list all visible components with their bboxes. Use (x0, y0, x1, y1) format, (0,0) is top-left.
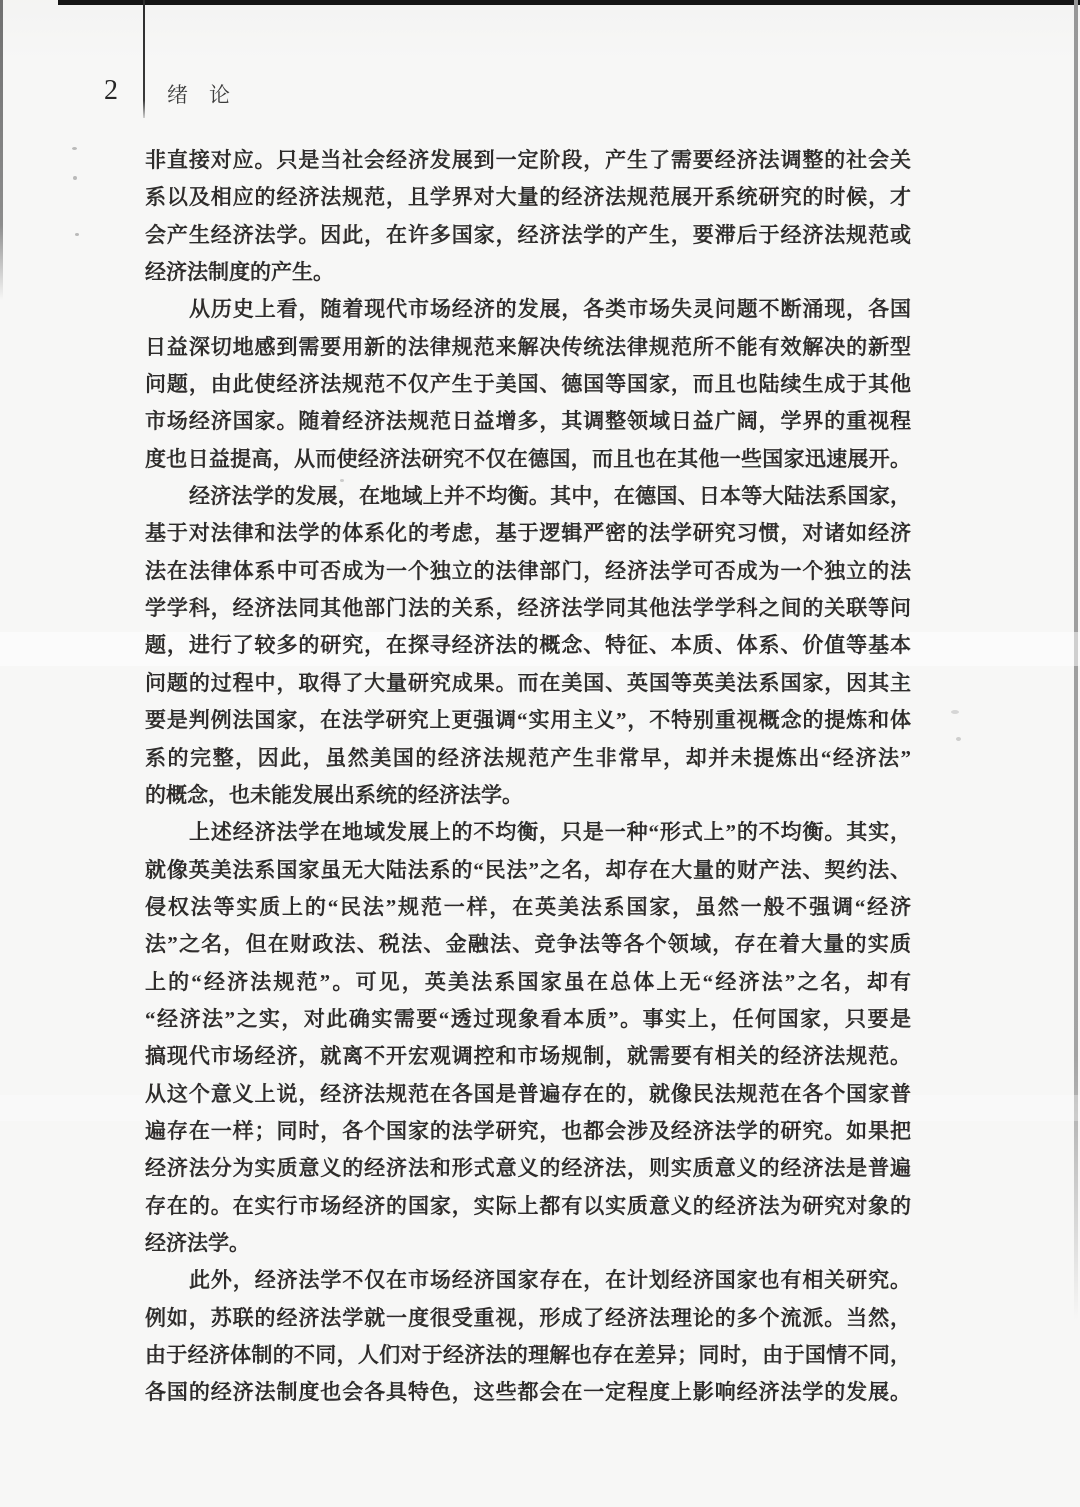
text-line: 要是判例法国家，在法学研究上更强调“实用主义”，不特别重视概念的提炼和体 (145, 702, 911, 739)
body-text: 非直接对应。只是当社会经济发展到一定阶段，产生了需要经济法调整的社会关 系以及相… (145, 142, 911, 1412)
header-divider-rule (143, 0, 145, 118)
scan-artifact (951, 710, 959, 714)
text-line: 基于对法律和法学的体系化的考虑，基于逻辑严密的法学研究习惯，对诸如经济 (145, 515, 911, 552)
chapter-title: 绪 论 (167, 84, 230, 107)
text-line: 的概念，也未能发展出系统的经济法学。 (145, 777, 911, 814)
text-line: 会产生经济法学。因此，在许多国家，经济法学的产生，要滞后于经济法规范或 (145, 217, 911, 254)
text-line: 遍存在一样；同时，各个国家的法学研究，也都会涉及经济法学的研究。如果把 (145, 1113, 911, 1150)
scan-left-edge-line (0, 0, 3, 300)
text-line: 侵权法等实质上的“民法”规范一样，在英美法系国家，虽然一般不强调“经济 (145, 889, 911, 926)
text-line: 系的完整，因此，虽然美国的经济法规范产生非常早，却并未提炼出“经济法” (145, 740, 911, 777)
text-line: 搞现代市场经济，就离不开宏观调控和市场规制，就需要有相关的经济法规范。 (145, 1038, 911, 1075)
text-line: 法在法律体系中可否成为一个独立的法律部门，经济法学可否成为一个独立的法 (145, 553, 911, 590)
text-line: 法”之名，但在财政法、税法、金融法、竞争法等各个领域，存在着大量的实质 (145, 926, 911, 963)
scan-artifact (956, 737, 961, 741)
text-line: 问题，由此使经济法规范不仅产生于美国、德国等国家，而且也陆续生成于其他 (145, 366, 911, 403)
paragraph: 从历史上看，随着现代市场经济的发展，各类市场失灵问题不断涌现，各国 日益深切地感… (145, 291, 911, 478)
paragraph: 上述经济法学在地域发展上的不均衡，只是一种“形式上”的不均衡。其实， 就像英美法… (145, 814, 911, 1262)
text-line: 非直接对应。只是当社会经济发展到一定阶段，产生了需要经济法调整的社会关 (145, 142, 911, 179)
text-line: 上述经济法学在地域发展上的不均衡，只是一种“形式上”的不均衡。其实， (145, 814, 911, 851)
text-line: 由于经济体制的不同，人们对于经济法的理解也存在差异；同时，由于国情不同， (145, 1337, 911, 1374)
text-line: 各国的经济法制度也会各具特色，这些都会在一定程度上影响经济法学的发展。 (145, 1374, 911, 1411)
text-line: 就像英美法系国家虽无大陆法系的“民法”之名，却存在大量的财产法、契约法、 (145, 852, 911, 889)
text-line: 问题的过程中，取得了大量研究成果。而在美国、英国等英美法系国家，因其主 (145, 665, 911, 702)
text-line: 上的“经济法规范”。可见，英美法系国家虽在总体上无“经济法”之名，却有 (145, 964, 911, 1001)
scanned-book-page: 2 绪 论 非直接对应。只是当社会经济发展到一定阶段，产生了需要经济法调整的社会… (0, 0, 1080, 1507)
scan-top-edge-bar (58, 0, 1080, 5)
text-line: 从历史上看，随着现代市场经济的发展，各类市场失灵问题不断涌现，各国 (145, 291, 911, 328)
text-line: 此外，经济法学不仅在市场经济国家存在，在计划经济国家也有相关研究。 (145, 1262, 911, 1299)
scan-artifact (340, 479, 344, 482)
text-line: 学学科，经济法同其他部门法的关系，经济法学同其他法学学科之间的关联等问 (145, 590, 911, 627)
text-line: 存在的。在实行市场经济的国家，实际上都有以实质意义的经济法为研究对象的 (145, 1188, 911, 1225)
text-line: 市场经济国家。随着经济法规范日益增多，其调整领域日益广阔，学界的重视程 (145, 403, 911, 440)
text-line: 度也日益提高，从而使经济法研究不仅在德国，而且也在其他一些国家迅速展开。 (145, 441, 911, 478)
page-number: 2 (104, 76, 118, 106)
scan-artifact (72, 147, 77, 150)
scan-artifact (73, 176, 77, 180)
text-line: 经济法分为实质意义的经济法和形式意义的经济法，则实质意义的经济法是普遍 (145, 1150, 911, 1187)
paragraph: 非直接对应。只是当社会经济发展到一定阶段，产生了需要经济法调整的社会关 系以及相… (145, 142, 911, 291)
paragraph: 经济法学的发展，在地域上并不均衡。其中，在德国、日本等大陆法系国家， 基于对法律… (145, 478, 911, 814)
paragraph: 此外，经济法学不仅在市场经济国家存在，在计划经济国家也有相关研究。 例如，苏联的… (145, 1262, 911, 1411)
text-line: “经济法”之实，对此确实需要“透过现象看本质”。事实上，任何国家，只要是 (145, 1001, 911, 1038)
scan-right-edge-line (1074, 0, 1078, 1320)
text-line: 经济法学的发展，在地域上并不均衡。其中，在德国、日本等大陆法系国家， (145, 478, 911, 515)
text-line: 题，进行了较多的研究，在探寻经济法的概念、特征、本质、体系、价值等基本 (145, 627, 911, 664)
text-line: 例如，苏联的经济法学就一度很受重视，形成了经济法理论的多个流派。当然， (145, 1300, 911, 1337)
text-line: 系以及相应的经济法规范，且学界对大量的经济法规范展开系统研究的时候，才 (145, 179, 911, 216)
text-line: 日益深切地感到需要用新的法律规范来解决传统法律规范所不能有效解决的新型 (145, 329, 911, 366)
text-line: 经济法学。 (145, 1225, 911, 1262)
text-line: 经济法制度的产生。 (145, 254, 911, 291)
text-line: 从这个意义上说，经济法规范在各国是普遍存在的，就像民法规范在各个国家普 (145, 1076, 911, 1113)
scan-artifact (75, 233, 79, 236)
